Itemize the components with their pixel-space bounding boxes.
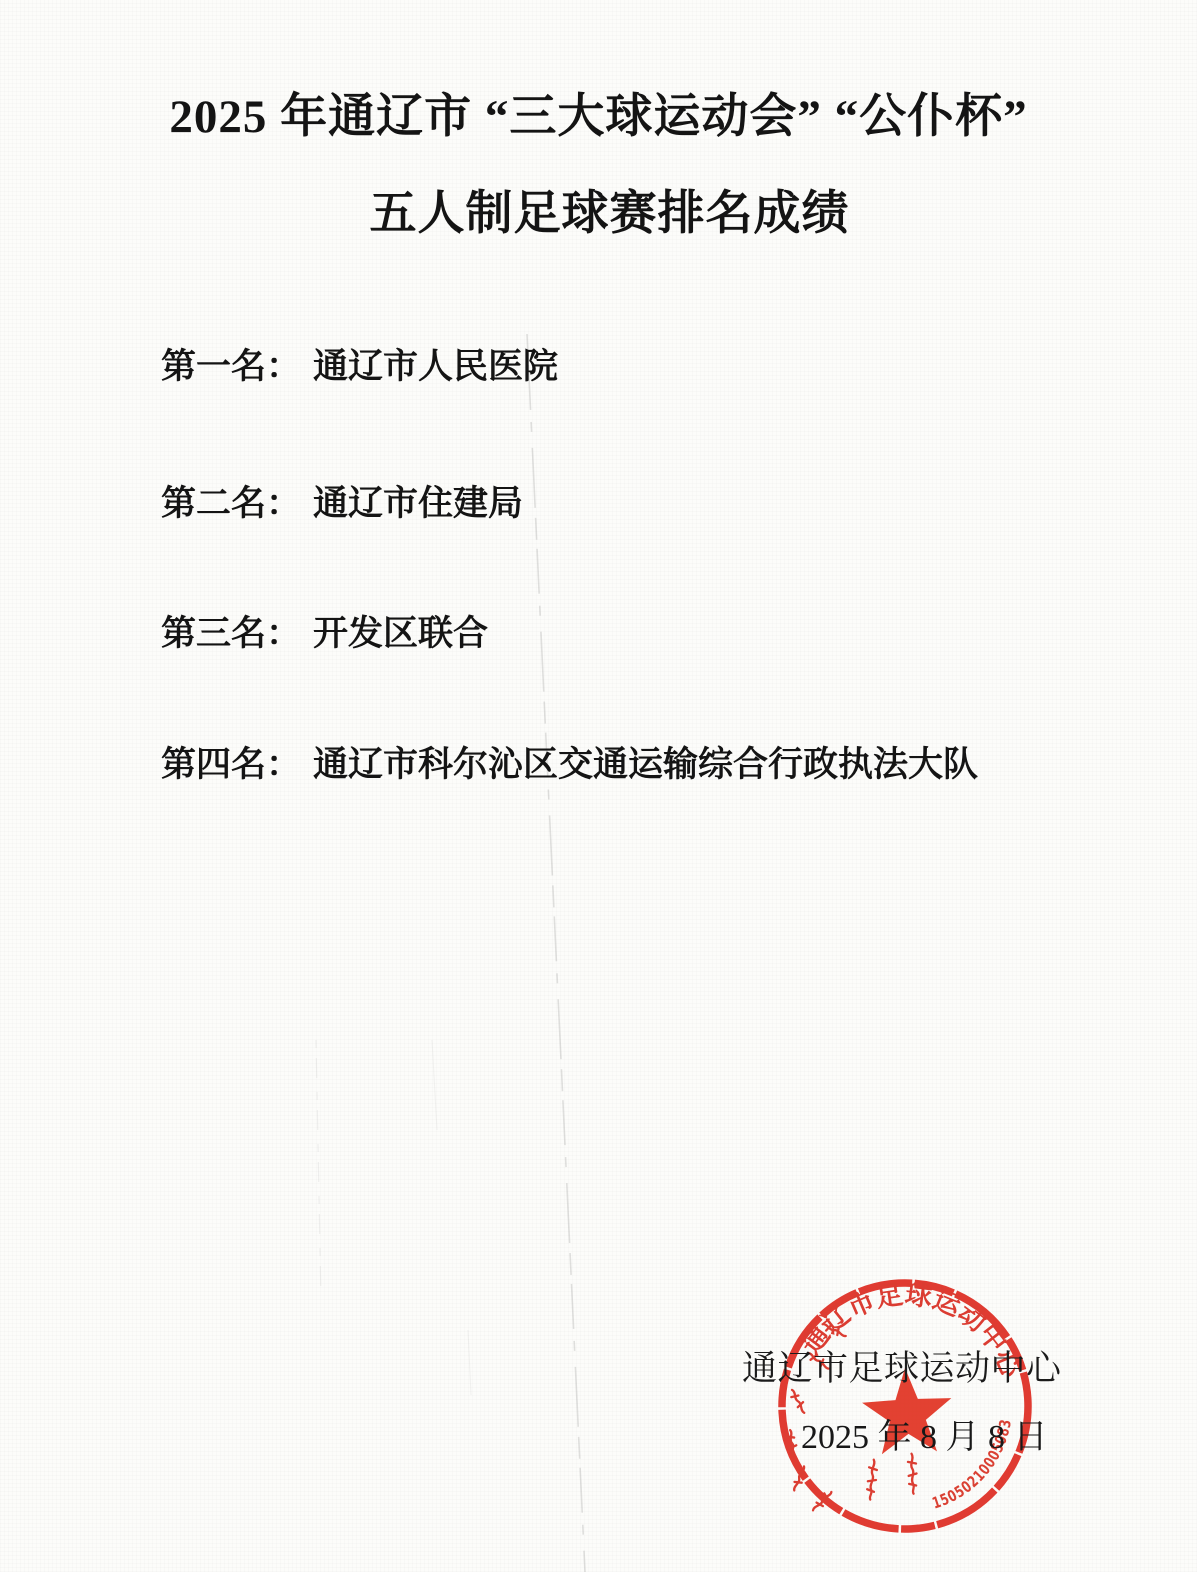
document-title-line1: 2025 年通辽市 “三大球运动会” “公仆杯” [0, 93, 1197, 142]
ranking-row-2: 第二名：通辽市住建局 [161, 486, 523, 523]
team-name: 通辽市住建局 [313, 484, 523, 523]
team-name: 开发区联合 [313, 614, 488, 653]
ranking-row-3: 第三名：开发区联合 [161, 616, 488, 653]
rank-label: 第四名： [161, 745, 301, 784]
document-title-line2: 五人制足球赛排名成绩 [11, 190, 1197, 239]
issue-date: 2025 年 8 月 8 日 [801, 1409, 1048, 1458]
team-name: 通辽市科尔沁区交通运输综合行政执法大队 [313, 745, 978, 784]
rank-label: 第三名： [161, 614, 301, 653]
issuing-organization: 通辽市足球运动中心 [742, 1341, 1062, 1391]
rank-label: 第一名： [161, 347, 301, 386]
rank-label: 第二名： [161, 484, 301, 523]
document-page: 2025 年通辽市 “三大球运动会” “公仆杯” 五人制足球赛排名成绩 第一名：… [0, 0, 1197, 1572]
ranking-row-1: 第一名：通辽市人民医院 [161, 349, 558, 386]
official-seal-stamp: 通辽市足球运动中心 15050210005083 [768, 1269, 1041, 1542]
team-name: 通辽市人民医院 [313, 347, 558, 386]
ranking-row-4: 第四名：通辽市科尔沁区交通运输综合行政执法大队 [161, 747, 978, 784]
